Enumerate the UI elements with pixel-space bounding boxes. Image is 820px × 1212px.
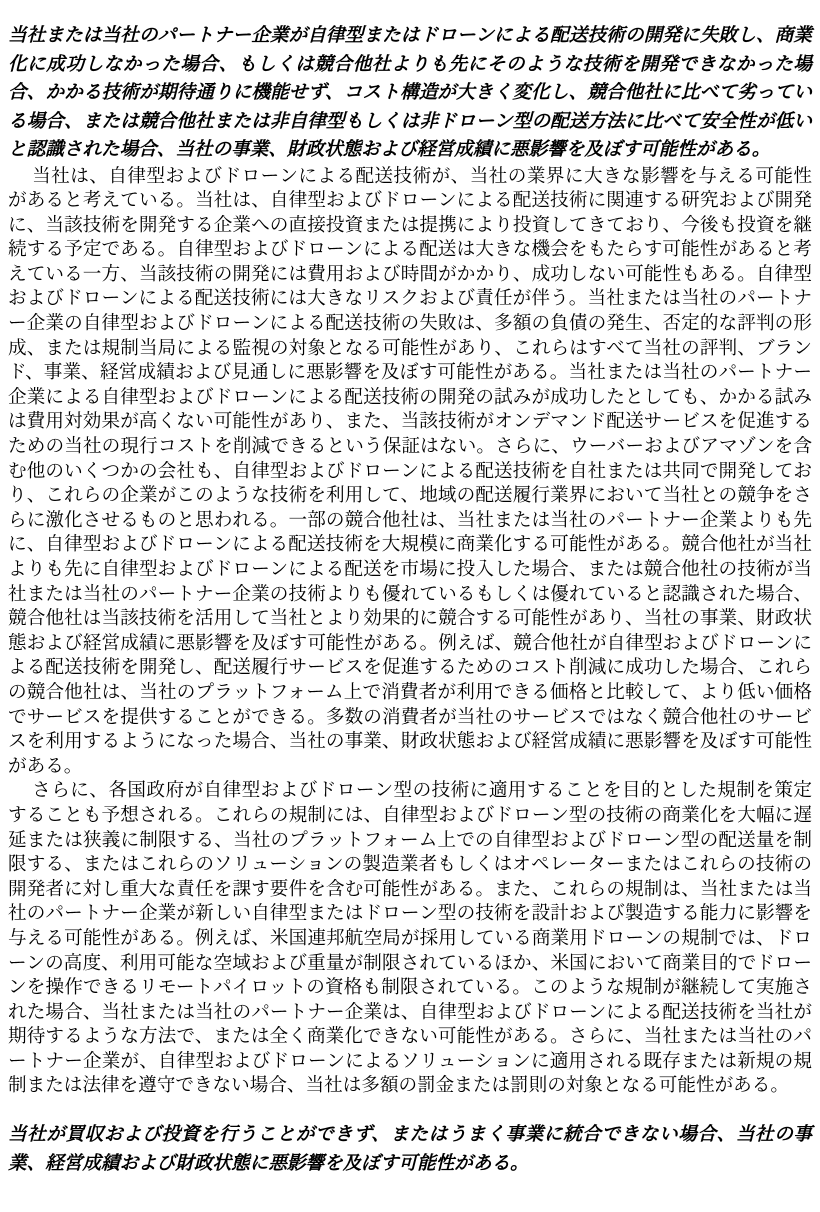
risk-factor-heading-acquisitions: 当社が買収および投資を行うことができず、またはうまく事業に統合できない場合、当社… <box>8 1121 812 1178</box>
risk-factor-heading-drone-delivery: 当社または当社のパートナー企業が自律型またはドローンによる配送技術の開発に失敗し… <box>8 22 812 165</box>
paragraph-drone-investment: 当社は、自律型およびドローンによる配送技術が、当社の業界に大きな影響を与える可能… <box>8 165 812 780</box>
document-page: 当社または当社のパートナー企業が自律型またはドローンによる配送技術の開発に失敗し… <box>0 0 820 1212</box>
paragraph-drone-regulation: さらに、各国政府が自律型およびドローン型の技術に適用することを目的とした規制を策… <box>8 779 812 1099</box>
